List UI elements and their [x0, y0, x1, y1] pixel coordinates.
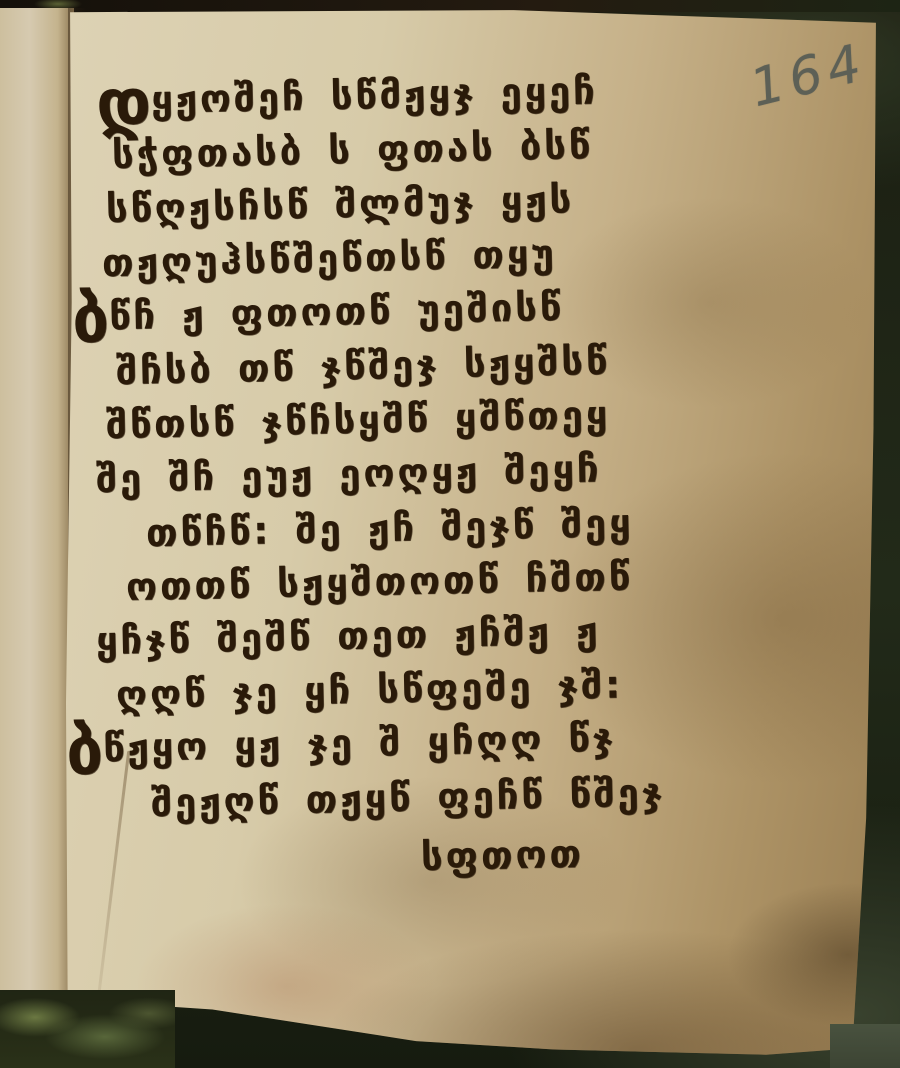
manuscript-initial-letter: ბ [65, 712, 104, 790]
manuscript-line-text: ყჩჯწ შეშწ თეთ ჟჩშჟ ჟ [96, 608, 601, 663]
facing-page-text-fragment [0, 130, 68, 196]
book-cover-top-edge [0, 0, 900, 12]
manuscript-initial-letter: ბ [71, 280, 110, 358]
manuscript-line-text: სჭფთასბ ს ფთას ბსწ [112, 123, 594, 177]
facing-page-text-fragment [0, 8, 68, 71]
manuscript-page: 164 დყჟოშეჩ სწმჟყჯ ეყეჩ სჭფთასბ ს ფთას ბ… [66, 8, 880, 1060]
manuscript-line-text: ოთთწ სჟყშთოთწ ჩშთწ [126, 554, 634, 609]
manuscript-line-text: ღღწ ჯე ყჩ სწფეშე ჯშ: [116, 662, 624, 717]
manuscript-line-text: ყჟოშეჩ სწმჟყჯ ეყეჩ [151, 68, 598, 121]
manuscript-line-text: სფთოთ [421, 832, 585, 879]
manuscript-line-text: თჟღუჰსწშეწთსწ თყუ [102, 231, 558, 285]
manuscript-line-text: სწღჟსჩსწ შლმუჯ ყჟს [106, 177, 575, 231]
facing-page-edge [0, 8, 74, 1004]
manuscript-line-text: შწთსწ ჯწჩსყშწ ყშწთეყ [106, 392, 611, 447]
facing-page-text-fragment [0, 254, 68, 320]
manuscript-line-text: თწჩწ: შე ჟჩ შეჯწ შეყ [146, 501, 634, 555]
manuscript-line-text: შეჟღწ თჟყწ ფეჩწ წშეჯ [151, 770, 666, 825]
facing-page-text-fragment [0, 378, 68, 444]
book-cover-bottom-left-corner [0, 990, 175, 1068]
facing-page-text-fragment [0, 502, 68, 568]
manuscript-line-text: წჩ ჟ ფთოთწ უეშისწ [109, 285, 564, 339]
manuscript-line: შეჟღწ თჟყწ ფეჩწ წშეჯ [150, 762, 796, 829]
manuscript-line: სფთოთ [420, 822, 796, 884]
facing-page-text-fragment [0, 192, 68, 258]
facing-page-text-fragment [0, 812, 68, 878]
facing-page-text-fragment [0, 564, 68, 630]
manuscript-text-block: დყჟოშეჩ სწმჟყჯ ეყეჩ სჭფთასბ ს ფთას ბსწ ს… [96, 74, 796, 884]
manuscript-line-text: შე შჩ ეუჟ ეოღყჟ შეყჩ [96, 446, 602, 501]
manuscript-photo: 164 დყჟოშეჩ სწმჟყჯ ეყეჩ სჭფთასბ ს ფთას ბ… [0, 0, 900, 1068]
facing-page-text-fragment [0, 688, 68, 754]
facing-page-text-fragment [0, 874, 68, 940]
facing-page-text-fragment [0, 316, 68, 382]
facing-page-text-fragment [0, 750, 68, 816]
facing-page-text-fragment [0, 440, 68, 506]
facing-page-text-fragment [0, 68, 68, 134]
manuscript-line-text: შჩსბ თწ ჯწშეჯ სჟყშსწ [116, 339, 611, 393]
manuscript-line-text: წჟყო ყჟ ჯე შ ყჩღღ წჯ [103, 715, 617, 770]
facing-page-text-fragment [0, 626, 68, 692]
book-cover-bottom-right-corner [830, 1024, 900, 1068]
